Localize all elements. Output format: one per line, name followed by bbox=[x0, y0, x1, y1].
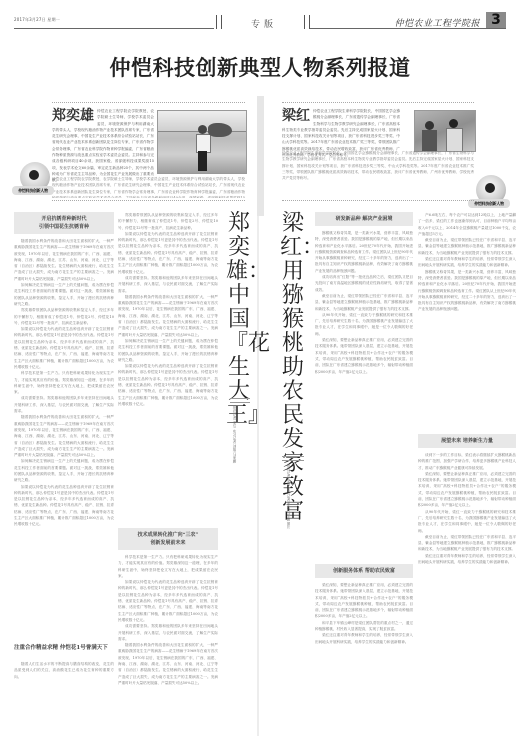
article-body: 随着我国水利条件的改善和大田花生面积的扩大，一种严重威胁我国花生生产的病害——花… bbox=[14, 238, 114, 633]
innovation-badge-left: 仲恺科技创新人物 bbox=[12, 162, 54, 200]
section-label: 专版 bbox=[236, 17, 292, 30]
section-heading: 技术成果转化推广向“三农” 创新发展前未来 bbox=[118, 528, 218, 550]
paper-name: 仲恺农业工程学院报 bbox=[394, 16, 480, 29]
badge-globe-icon bbox=[29, 170, 39, 180]
profile-name: 郑奕雄 bbox=[52, 108, 94, 124]
left-article-col1: 开启抗锈育种新时代 引领中国花生抗锈育种 随着我国水利条件的改善和大田花生面积的… bbox=[14, 212, 114, 691]
masthead: 2017年3月27日 星期一 专版 仲恺农业工程学院报 3 bbox=[14, 13, 506, 31]
profile-photo-greenhouse bbox=[157, 110, 247, 174]
section-heading: 注重合作精益求精 仲恺花1号誉满天下 bbox=[14, 641, 114, 655]
badge-ribbon: 仲恺科技创新人物 bbox=[12, 186, 54, 195]
issue-date: 2017年3月27日 星期一 bbox=[14, 17, 60, 23]
article-body: 梁红深知，要想让新品种真正推广应用，必须建立完善的技术服务体系。她带领团队深入基… bbox=[315, 582, 413, 742]
byline-rule bbox=[282, 456, 304, 461]
article-body: 郑奕雄带领团队从品种资源的收集和鉴定入手，经过多年的不懈努力，相继育成了仲恺花1… bbox=[118, 212, 218, 524]
profile-name: 梁红 bbox=[282, 108, 310, 124]
page-headline: 仲恺科技创新典型人物系列报道 bbox=[0, 52, 520, 82]
innovation-badge-right: 仲恺科技创新人物 bbox=[468, 175, 510, 213]
right-article-col2: 产6.6吨左右，每个农户可以达到12吨以上，上地产量翻了一倍多，梁红的工作也逐渐… bbox=[418, 212, 516, 726]
section-heading: 展望未来 培养新生力量 bbox=[418, 434, 516, 448]
section-heading: 研发新品种 解决产业困境 bbox=[315, 212, 413, 226]
profile-divider-bottom-left bbox=[52, 200, 245, 201]
column-separator bbox=[257, 96, 264, 216]
profile-bio-continued-right: 仲恺农业工程学院生命科学学院院长，中国园艺学会猕猴桃分会副理事长，广东省遗传学会… bbox=[282, 150, 474, 192]
right-article-col1: 研发新品种 解决产业困境 猕猴桃又称奇异果，是一类新兴水果，营养丰富，风味独特，… bbox=[315, 212, 413, 742]
left-article-col2: 郑奕雄带领团队从品种资源的收集和鉴定入手，经过多年的不懈努力，相继育成了仲恺花1… bbox=[118, 212, 218, 732]
profile-liang-hong: 梁红 仲恺农业工程学院生命科学学院院长，中国园艺学会猕猴桃分会副理事长，广东省遗… bbox=[282, 108, 400, 148]
left-article-byline: 报社记者 采写 实习记者 刘翔 马家鹏 bbox=[232, 406, 237, 466]
right-article-title: 梁红：用猕猴桃助农民发家致富 bbox=[280, 212, 306, 524]
badge-globe-icon bbox=[485, 183, 495, 193]
article-body: 科学技术是第一生产力。只有把科研成果转化为现实生产力，才能实现其应有的价值。郑奕… bbox=[118, 554, 218, 732]
article-body: 谈到下一步的工作目标，梁红表示将继续扩大猕猴桃新品种的推广范围，加强产学研合作，… bbox=[418, 452, 516, 726]
profile-bio-continued: 仲恺农业工程学院农学院教授，农学院硕士生导师，学校学术委员会委员，环境资源保护与… bbox=[52, 176, 245, 198]
section-heading: 创新服务体系 帮助农民致富 bbox=[315, 564, 413, 578]
masthead-divider-left bbox=[216, 15, 222, 29]
profile-divider-top-right bbox=[282, 102, 474, 103]
profile-photo-orchard bbox=[414, 110, 476, 152]
column-separator-lower bbox=[257, 216, 259, 736]
article-body: 猕猴桃又称奇异果，是一类新兴水果，营养丰富，风味独特，深受消费者喜爱。我国是猕猴… bbox=[315, 230, 413, 562]
profile-divider-top-left bbox=[52, 102, 245, 103]
masthead-divider-right bbox=[304, 15, 310, 29]
byline-rule bbox=[230, 398, 250, 403]
right-article-byline: 报社记者 采写 实习记者 李玮 马学鹏 图片 bbox=[286, 464, 291, 534]
left-article-title: 郑奕雄：中国『花生大王』 bbox=[226, 212, 252, 428]
section-heading: 开启抗锈育种新时代 引领中国花生抗锈育种 bbox=[14, 212, 114, 234]
profile-zheng-yixiong: 郑奕雄 仲恺农业工程学院农学院教授，农学院硕士生导师，学校学术委员会委员，环境资… bbox=[52, 108, 154, 178]
article-body: 随着人们生活水平的不断提高与膳食结构的改变，花生的品质受到人们的关注，高油酸花生… bbox=[14, 661, 114, 691]
profile-divider-bottom-right bbox=[282, 200, 474, 201]
badge-ribbon: 仲恺科技创新人物 bbox=[468, 199, 510, 208]
page-number: 3 bbox=[486, 12, 506, 28]
masthead-rule-left bbox=[14, 28, 214, 29]
article-body: 产6.6吨左右，每个农户可以达到12吨以上，上地产量翻了一倍多，梁红的工作也逐渐… bbox=[418, 212, 516, 430]
